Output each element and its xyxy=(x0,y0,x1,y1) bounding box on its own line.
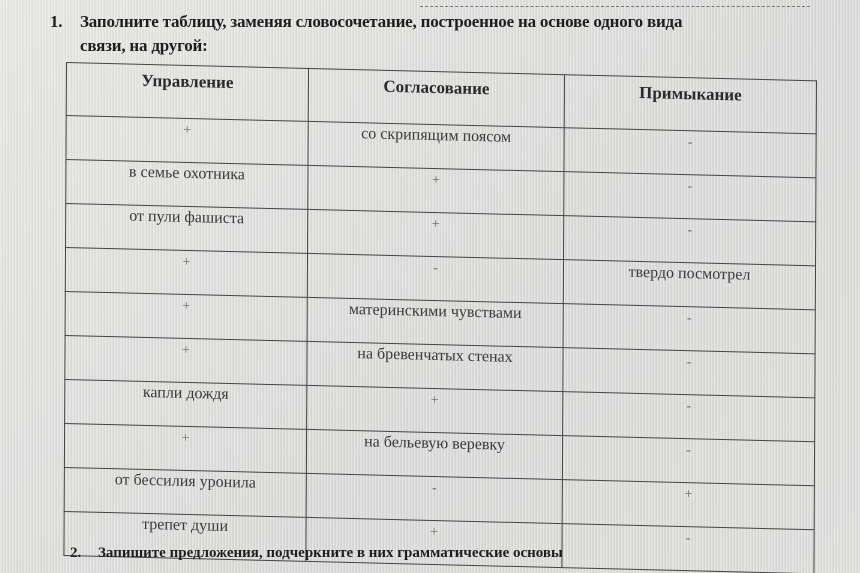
mark-symbol: - xyxy=(686,531,691,546)
phrase-text: трепет души xyxy=(142,516,228,535)
task-text-line2: связи, на другой: xyxy=(50,34,860,58)
mark-symbol: + xyxy=(430,525,438,540)
mark-symbol: - xyxy=(688,135,693,150)
task-number: 1. xyxy=(50,10,80,34)
header-soglasovanie: Согласование xyxy=(308,68,564,127)
mark-symbol: - xyxy=(687,223,692,238)
phrase-text: на бревенчатых стенах xyxy=(357,345,512,366)
table-cell: + xyxy=(65,247,307,297)
phrase-text: от бессилия уронила xyxy=(115,471,256,491)
table-cell: + xyxy=(64,423,306,473)
mark-symbol: - xyxy=(686,399,691,414)
table-cell: + xyxy=(65,291,307,341)
header-primykanie: Примыкание xyxy=(564,75,816,134)
phrase-text: от пули фашиста xyxy=(129,208,244,228)
mark-symbol: + xyxy=(183,123,191,138)
mark-symbol: + xyxy=(182,255,190,270)
mark-symbol: - xyxy=(688,179,693,194)
mark-symbol: - xyxy=(432,481,437,496)
table-cell: - xyxy=(564,216,816,266)
table-cell: на бельевую веревку xyxy=(306,429,562,479)
task-2-instruction: 2.Запишите предложения, подчеркните в ни… xyxy=(70,545,860,562)
table-cell: + xyxy=(66,116,308,166)
table-cell: со скрипящим поясом xyxy=(308,121,564,171)
table-cell: + xyxy=(308,209,564,259)
mark-symbol: + xyxy=(182,343,190,358)
table-cell: твердо посмотрел xyxy=(563,260,815,310)
mark-symbol: - xyxy=(433,261,438,276)
table-cell: - xyxy=(563,392,815,442)
table-cell: + xyxy=(308,165,564,215)
task-number: 2. xyxy=(70,545,98,562)
table-cell: на бревенчатых стенах xyxy=(307,341,563,391)
table-cell: материнскими чувствами xyxy=(307,297,563,347)
table-cell: + xyxy=(65,335,307,385)
phrase-text: со скрипящим поясом xyxy=(361,125,511,146)
table-cell: от бессилия уронила xyxy=(64,467,306,517)
table-cell: от пули фашиста xyxy=(66,203,308,253)
mark-symbol: + xyxy=(431,393,439,408)
mark-symbol: - xyxy=(686,443,691,458)
mark-symbol: + xyxy=(684,487,692,502)
task-1-instruction: 1.Заполните таблицу, заменяя словосочета… xyxy=(50,10,860,58)
table-cell: - xyxy=(307,253,563,303)
phrase-text: в семье охотника xyxy=(129,164,245,184)
worksheet-table-container: Управление Согласование Примыкание +со с… xyxy=(63,62,822,568)
mark-symbol: + xyxy=(432,173,440,188)
mark-symbol: + xyxy=(432,217,440,232)
table-cell: капли дождя xyxy=(65,379,307,429)
separator-line xyxy=(420,6,810,7)
table-cell: - xyxy=(564,128,816,178)
connection-types-table: Управление Согласование Примыкание +со с… xyxy=(63,62,817,573)
task-text: Запишите предложения, подчеркните в них … xyxy=(98,545,563,561)
table-cell: - xyxy=(306,473,562,523)
table-cell: - xyxy=(563,348,815,398)
phrase-text: твердо посмотрел xyxy=(629,264,751,284)
phrase-text: материнскими чувствами xyxy=(349,301,522,322)
table-cell: - xyxy=(563,304,815,354)
table-cell: - xyxy=(562,436,814,486)
table-cell: в семье охотника xyxy=(66,160,308,210)
mark-symbol: + xyxy=(182,299,190,314)
mark-symbol: - xyxy=(687,311,692,326)
phrase-text: капли дождя xyxy=(143,384,229,403)
table-cell: + xyxy=(307,385,563,435)
task-text-line1: Заполните таблицу, заменяя словосочетани… xyxy=(80,12,682,31)
table-cell: - xyxy=(564,172,816,222)
header-upravlenie: Управление xyxy=(66,63,308,122)
mark-symbol: - xyxy=(687,355,692,370)
table-cell: + xyxy=(562,480,814,530)
phrase-text: на бельевую веревку xyxy=(364,433,505,453)
mark-symbol: + xyxy=(182,431,190,446)
